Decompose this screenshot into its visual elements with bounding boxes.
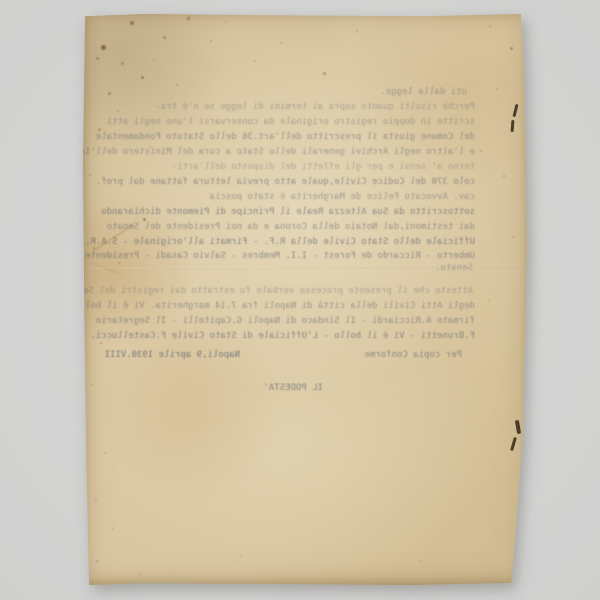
closing-dateline: Napoli,9 aprile 1930.VIII <box>105 351 240 360</box>
typewritten-line: firmato A.Ricciardi - Il Sindaco di Napo… <box>96 317 475 326</box>
paper-surface: Per copia Conforme Napoli,9 aprile 1930.… <box>83 14 527 585</box>
typewritten-line: uti dalla legge. <box>380 88 467 97</box>
typewritten-line: e l'altro negli Archivi generali dello S… <box>74 148 475 157</box>
typewritten-line: Senato. <box>435 264 473 273</box>
mirrored-text-layer: Per copia Conforme Napoli,9 aprile 1930.… <box>83 14 527 585</box>
typewritten-line: Umberto - Riccardo de Forest - I.I. Memb… <box>63 252 475 261</box>
typewritten-line: F.Brunetti - Vi è il bollo - L'Ufficiale… <box>90 332 475 341</box>
closing-per-copia: Per copia Conforme <box>365 351 463 360</box>
typewritten-line: degli Atti Civili della città di Napoli … <box>63 302 475 311</box>
typewritten-line: colo 370 del Codice Civile,quale atto pr… <box>96 178 475 187</box>
typewritten-line: Attesto che il presente processo verbale… <box>61 287 473 296</box>
typewritten-line: terno a' sensi e per gli effetti del dis… <box>172 163 475 172</box>
photo-background: Per copia Conforme Napoli,9 aprile 1930.… <box>0 0 600 600</box>
document-paper: Per copia Conforme Napoli,9 aprile 1930.… <box>83 14 527 585</box>
typewritten-line: Ufficiale dello Stato Civile della R.F. … <box>85 238 475 247</box>
typewritten-line: scritto in doppio registro originale da … <box>107 118 475 127</box>
typewritten-line: dai testimoni,dal Notaio della Corona e … <box>107 223 475 232</box>
typewritten-line: sottoscritto da Sua Altezza Reale il Pri… <box>101 208 475 217</box>
typewritten-line: del Comune giusta il prescritto dell'art… <box>96 133 475 142</box>
typewritten-line: Perchè risulti quanto sopra ai termini d… <box>155 103 475 112</box>
typewritten-line: cav. Avvocato Felice de Margherita è sta… <box>210 193 475 202</box>
signature-title: IL PODESTA' <box>263 384 323 393</box>
